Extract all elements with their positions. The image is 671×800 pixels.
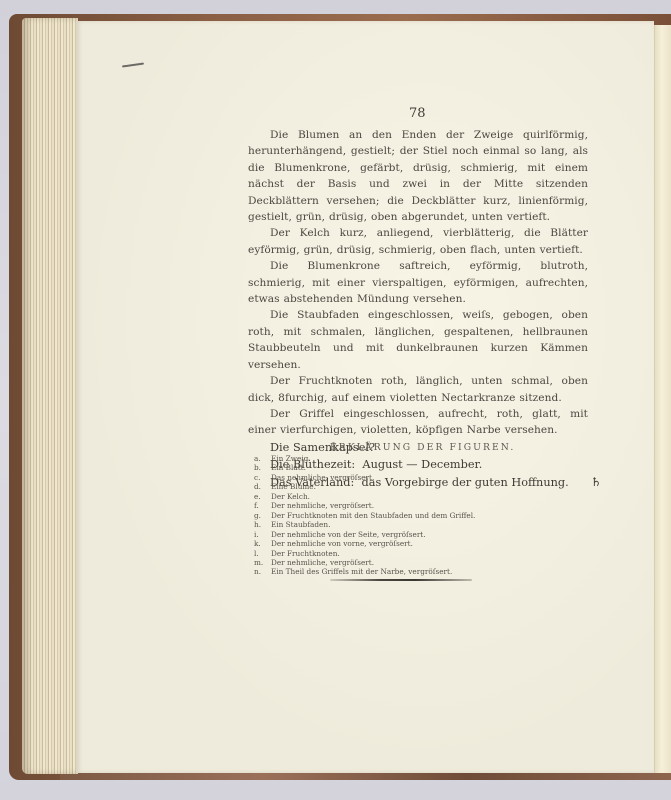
figure-item: h.Ein Staubfaden.	[254, 520, 534, 529]
figure-letter: l.	[254, 549, 271, 558]
figure-letter: n.	[254, 567, 271, 576]
figure-item: m.Der nehmliche, vergröſsert.	[254, 558, 534, 567]
figures-heading: ERKLÄRUNG DER FIGUREN.	[330, 442, 515, 453]
figure-letter: d.	[254, 482, 271, 491]
figure-text: Der nehmliche von der Seite, vergröſsert…	[271, 530, 426, 539]
figure-letter: f.	[254, 501, 271, 510]
shrub-symbol-icon: ♄	[591, 475, 602, 489]
figure-item: c.Das nehmliche, vergröſsert.	[254, 473, 534, 482]
figure-item: d.Eine Blume.	[254, 482, 534, 491]
right-page-edge	[654, 25, 671, 773]
figure-text: Der nehmliche, vergröſsert.	[271, 558, 374, 567]
figure-text: Der nehmliche von vorne, vergröſsert.	[271, 539, 413, 548]
figure-item: e.Der Kelch.	[254, 492, 534, 501]
book-photo-scene: 78 Die Blumen an den Enden der Zweige qu…	[0, 0, 671, 800]
figure-item: i.Der nehmliche von der Seite, vergröſse…	[254, 530, 534, 539]
paragraph-flowers: Die Blumen an den Enden der Zweige quirl…	[248, 127, 588, 225]
figure-item: n.Ein Theil des Griffels mit der Narbe, …	[254, 567, 534, 576]
figure-text: Ein Theil des Griffels mit der Narbe, ve…	[271, 567, 452, 576]
paragraph-corolla: Die Blumenkrone saftreich, eyförmig, blu…	[248, 258, 588, 307]
figure-item: b.Ein Blatt.	[254, 463, 534, 472]
figure-letter: h.	[254, 520, 271, 529]
figure-item: l.Der Fruchtknoten.	[254, 549, 534, 558]
figure-text: Der Fruchtknoten.	[271, 549, 340, 558]
figure-letter: c.	[254, 473, 271, 482]
paragraph-calyx: Der Kelch kurz, anliegend, vierblätterig…	[248, 225, 588, 258]
description-text-block: Die Blumen an den Enden der Zweige quirl…	[248, 127, 588, 492]
paragraph-ovary: Der Fruchtknoten roth, länglich, unten s…	[248, 373, 588, 406]
paragraph-stamens: Die Staubfaden eingeschlossen, weiſs, ge…	[248, 307, 588, 373]
figure-text: Ein Staubfaden.	[271, 520, 330, 529]
figure-text: Das nehmliche, vergröſsert.	[271, 473, 374, 482]
figure-text: Der Fruchtknoten mit den Staubfaden und …	[271, 511, 475, 520]
figure-letter: g.	[254, 511, 271, 520]
page-number: 78	[409, 106, 426, 121]
paragraph-style: Der Griffel eingeschlossen, aufrecht, ro…	[248, 406, 588, 439]
figure-letter: b.	[254, 463, 271, 472]
figure-letter: a.	[254, 454, 271, 463]
figure-text: Der nehmliche, vergröſsert.	[271, 501, 374, 510]
figure-letter: m.	[254, 558, 271, 567]
figure-text: Ein Zweig.	[271, 454, 311, 463]
figure-item: g.Der Fruchtknoten mit den Staubfaden un…	[254, 511, 534, 520]
cover-bottom-edge	[60, 772, 671, 780]
figure-letter: i.	[254, 530, 271, 539]
figure-item: f.Der nehmliche, vergröſsert.	[254, 501, 534, 510]
page-stack-edges	[22, 18, 78, 774]
decorative-rule	[330, 579, 472, 581]
figure-text: Eine Blume.	[271, 482, 316, 491]
figure-letter: e.	[254, 492, 271, 501]
figure-item: k.Der nehmliche von vorne, vergröſsert.	[254, 539, 534, 548]
figure-letter: k.	[254, 539, 271, 548]
figure-text: Ein Blatt.	[271, 463, 306, 472]
figure-text: Der Kelch.	[271, 492, 310, 501]
figures-list: a.Ein Zweig. b.Ein Blatt. c.Das nehmlich…	[254, 454, 534, 577]
figure-item: a.Ein Zweig.	[254, 454, 534, 463]
